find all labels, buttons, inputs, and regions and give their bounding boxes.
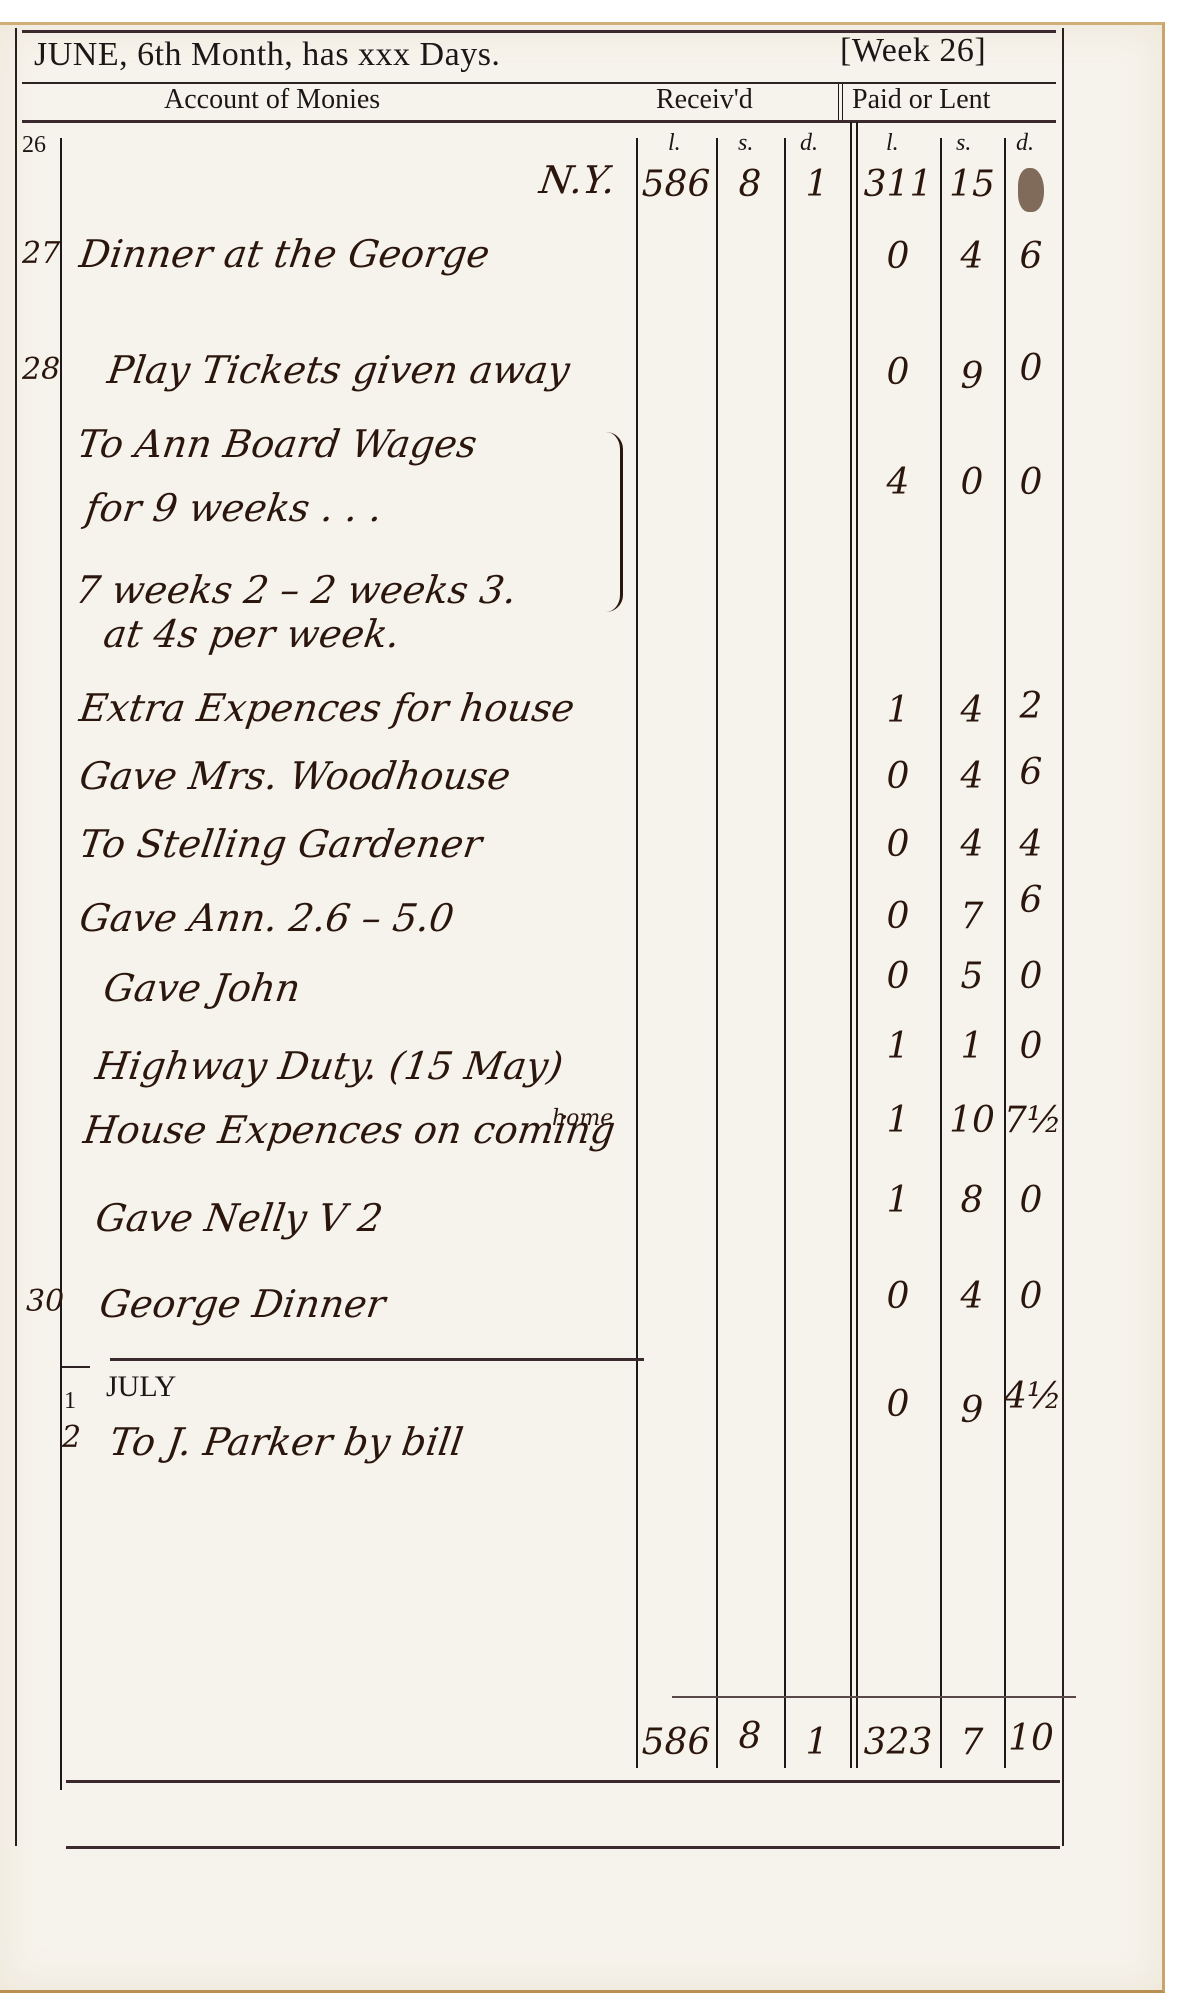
column-header-underline: [22, 120, 1056, 123]
entry-shillings: 4: [940, 1276, 1004, 1317]
total-received-pounds: 586: [636, 1722, 716, 1763]
received-pence-rule: [784, 138, 786, 1768]
bottom-rule-1: [66, 1780, 1060, 1783]
entry-pence: 4: [1004, 824, 1058, 865]
total-paid-pounds: 323: [856, 1722, 940, 1763]
bf-received-shillings: 8: [716, 164, 784, 205]
total-received-shillings: 8: [716, 1716, 784, 1757]
entry-pounds: 0: [856, 1276, 940, 1317]
entry-date: 28: [22, 352, 60, 387]
entry-text: George Dinner: [97, 1282, 388, 1326]
july-date-rule: [62, 1366, 90, 1368]
entry-superscript: home: [552, 1106, 613, 1131]
double-rule-left: [850, 122, 852, 1768]
entry-text: House Expences on coming: [81, 1108, 618, 1152]
bf-paid-shillings: 15: [940, 164, 1004, 205]
entry-shillings: 7: [940, 896, 1004, 937]
totals-top-rule: [672, 1696, 1076, 1698]
entry-shillings: 4: [940, 690, 1004, 731]
entry-shillings: 5: [940, 956, 1004, 997]
entry-text: Gave Ann. 2.6 – 5.0: [77, 896, 457, 940]
bf-received-pounds: 586: [636, 164, 716, 205]
entry-pence: 7½: [1004, 1100, 1058, 1141]
entry-text: To Ann Board Wages: [75, 422, 480, 466]
july-label: JULY: [106, 1370, 176, 1404]
entry-pounds: 0: [856, 352, 940, 393]
entry-pence: 0: [1004, 1026, 1058, 1067]
heading-double-rule-a: [838, 84, 839, 120]
entry-text: Gave Mrs. Woodhouse: [77, 754, 513, 798]
entry-pence: 0: [1004, 956, 1058, 997]
bf-paid-pounds: 311: [856, 164, 940, 205]
week-label: [Week 26]: [840, 32, 986, 70]
entry-pence: 0: [1004, 348, 1058, 389]
heading-double-rule-b: [842, 84, 843, 120]
bf-received-pence: 1: [784, 164, 850, 205]
entry-shillings: 8: [940, 1180, 1004, 1221]
entry-shillings: 9: [940, 356, 1004, 397]
entry-pence: 2: [1004, 686, 1058, 727]
entry-text: Dinner at the George: [77, 232, 493, 276]
entry-shillings: 1: [940, 1026, 1004, 1067]
total-received-pence: 1: [784, 1722, 850, 1763]
entry-shillings: 10: [940, 1100, 1004, 1141]
entry-text: Extra Expences for house: [77, 686, 577, 730]
entry-text: To Stelling Gardener: [77, 822, 485, 866]
entry-text: for 9 weeks . . .: [83, 486, 385, 530]
entry-pounds: 0: [856, 896, 940, 937]
bracket-brace: [606, 432, 623, 612]
page-title: JUNE, 6th Month, has xxx Days.: [34, 36, 500, 74]
received-heading: Receiv'd: [656, 84, 753, 116]
entry-pounds: 1: [856, 690, 940, 731]
account-of-monies-heading: Account of Monies: [164, 84, 380, 116]
received-pounds-unit: l.: [668, 130, 681, 157]
entry-date: 27: [22, 236, 60, 271]
total-paid-pence: 10: [1004, 1718, 1058, 1759]
entry-text: Gave John: [101, 966, 303, 1010]
paid-shillings-unit: s.: [956, 130, 971, 157]
entry-pounds: 0: [856, 756, 940, 797]
entry-pounds: 1: [856, 1026, 940, 1067]
paid-or-lent-heading: Paid or Lent: [852, 84, 990, 116]
july-entry-pounds: 0: [856, 1384, 940, 1425]
entry-pounds: 0: [856, 236, 940, 277]
entry-pounds: 4: [856, 462, 940, 503]
entry-text: Gave Nelly V 2: [93, 1196, 386, 1240]
july-entry-text: To J. Parker by bill: [107, 1420, 466, 1464]
entry-shillings: 4: [940, 824, 1004, 865]
start-date: 26: [22, 132, 46, 159]
entry-pence: 6: [1004, 880, 1058, 921]
entry-pence: 0: [1004, 462, 1058, 503]
july-date-1: 1: [64, 1388, 76, 1415]
entry-shillings: 0: [940, 462, 1004, 503]
received-pounds-rule: [636, 138, 638, 1768]
entry-shillings: 4: [940, 236, 1004, 277]
entry-pence: 0: [1004, 1276, 1058, 1317]
received-shillings-unit: s.: [738, 130, 753, 157]
entry-text: 7 weeks 2 – 2 weeks 3.: [73, 568, 520, 612]
entry-date: 30: [26, 1284, 64, 1319]
paid-pence-unit: d.: [1016, 130, 1034, 157]
july-section-rule: [110, 1358, 644, 1361]
entry-pounds: 0: [856, 956, 940, 997]
received-shillings-rule: [716, 138, 718, 1768]
brought-forward-label: N.Y.: [537, 158, 618, 202]
entry-pence: 0: [1004, 1180, 1058, 1221]
entry-pence: 6: [1004, 752, 1058, 793]
entry-pounds: 0: [856, 824, 940, 865]
entry-shillings: 4: [940, 756, 1004, 797]
bottom-rule-2: [66, 1846, 1060, 1849]
entry-pounds: 1: [856, 1100, 940, 1141]
july-entry-shillings: 9: [940, 1390, 1004, 1431]
received-pence-unit: d.: [800, 130, 818, 157]
entry-pence: 6: [1004, 236, 1058, 277]
july-date-2: 2: [62, 1420, 81, 1455]
total-paid-shillings: 7: [940, 1722, 1004, 1763]
ink-blot: [1018, 168, 1044, 212]
entry-text: at 4s per week.: [101, 612, 403, 656]
july-entry-pence: 4½: [1004, 1376, 1058, 1417]
paid-pounds-unit: l.: [886, 130, 899, 157]
date-column-rule: [60, 138, 62, 1790]
entry-pounds: 1: [856, 1180, 940, 1221]
entry-text: Highway Duty. (15 May): [93, 1044, 566, 1088]
entry-text: Play Tickets given away: [105, 348, 573, 392]
